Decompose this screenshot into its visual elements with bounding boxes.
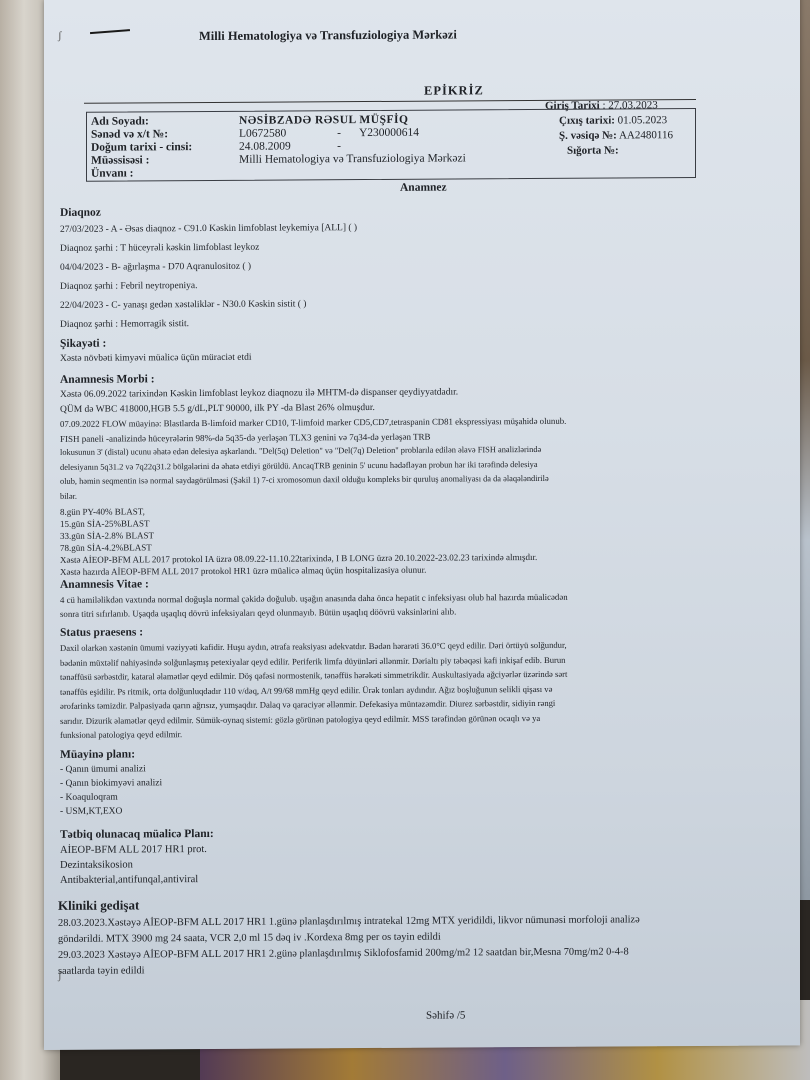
id-value: AA2480116: [619, 129, 673, 141]
exam-plan-item: - Qanın ümumi analizi: [60, 762, 162, 777]
discharge-value: 01.05.2023: [618, 114, 668, 126]
diagnosis-line: Diaqnoz şərhi : Hemorragik sistit.: [60, 314, 357, 335]
anamnez-heading: Anamnez: [400, 182, 447, 194]
treatment-plan-item: Antibakterial,antifunqal,antiviral: [60, 872, 214, 888]
patient-info-box: Adı Soyadı:NƏSİBZADƏ RƏSUL MÜŞFİQ Sənəd …: [86, 108, 696, 182]
pen-mark: [90, 29, 130, 34]
diagnosis-line: 27/03/2023 - A - Əsas diaqnoz - C91.0 Kə…: [60, 219, 357, 240]
case-number: Y230000614: [359, 126, 419, 140]
treatment-plan-item: AİEOP-BFM ALL 2017 HR1 prot.: [60, 842, 214, 858]
document-title: EPİKRİZ: [424, 83, 484, 98]
clinical-course-heading: Kliniki gedişat: [58, 894, 640, 913]
page-number: Səhifə /5: [426, 1009, 465, 1021]
treatment-plan-item: Dezintaksikosion: [60, 857, 214, 873]
status-praesens-section: Status praesens : Daxil olarkən xəstənin…: [60, 623, 567, 743]
diagnosis-line: Diaqnoz şərhi : Febril neytropeniya.: [60, 276, 357, 297]
discharge-label: Çıxış tarixi:: [559, 115, 615, 127]
punch-hole-mark: ʃ: [58, 30, 62, 42]
address-row: Ünvanı :: [91, 166, 239, 181]
diagnosis-line: 22/04/2023 - C- yanaşı gedən xəstəliklər…: [60, 295, 357, 316]
institution-row: Müəssisəsi :Milli Hematologiya və Transf…: [91, 151, 466, 167]
institution-value: Milli Hematologiya və Transfuziologiya M…: [239, 151, 466, 166]
vitae-line: sonra titri sıfırlanıb. Uşaqda uşaqlıq d…: [60, 604, 568, 621]
clinical-course-section: Kliniki gedişat 28.03.2023.Xəstəyə AİEOP…: [58, 894, 640, 980]
diagnosis-line: Diaqnoz şərhi : T hüceyrəli kəskin limfo…: [60, 238, 357, 259]
complaints-text: Xəstə növbəti kimyəvi müalicə üçün mürac…: [60, 351, 252, 366]
status-line: sarıdır. Dizurik əlamətlər qeyd edilmir.…: [60, 710, 567, 728]
complaints-heading: Şikayəti :: [60, 336, 252, 352]
discharge-date: Çıxış tarixi: 01.05.2023: [559, 114, 667, 127]
id-number: Ş. vəsiqə №: AA2480116: [559, 129, 673, 142]
insurance-number: Sığorta №:: [567, 144, 619, 156]
diagnosis-line: 04/04/2023 - B- ağırlaşma - D70 Aqranulo…: [60, 257, 357, 278]
exam-plan-heading: Müayinə planı:: [60, 747, 162, 763]
exam-plan-item: - Koaquloqram: [60, 790, 162, 805]
document-page: ʃ ʃ Milli Hematologiya və Transfuziologi…: [44, 0, 800, 1050]
admission-date: Giriş Tarixi : 27.03.2023: [545, 99, 658, 112]
exam-plan-item: - Qanın biokimyəvi analizi: [60, 776, 162, 791]
id-label: Ş. vəsiqə №:: [559, 130, 617, 142]
complaints-section: Şikayəti : Xəstə növbəti kimyəvi müalicə…: [60, 336, 252, 366]
exam-plan-section: Müayinə planı: - Qanın ümumi analizi - Q…: [60, 747, 162, 819]
morbi-line: 07.09.2022 FLOW müayinə: Blastlarda B-li…: [60, 414, 566, 432]
status-line: funksional patologiya qeyd edilmir.: [60, 725, 567, 743]
treatment-plan-section: Tətbiq olunacaq müalicə Planı: AİEOP-BFM…: [60, 827, 214, 888]
address-label: Ünvanı :: [91, 166, 239, 181]
anamnesis-morbi-section: Anamnesis Morbi : Xəstə 06.09.2022 tarix…: [60, 370, 566, 578]
insurance-label: Sığorta №:: [567, 144, 619, 156]
morbi-line: olub, həmin seqmentin isə normal saydagö…: [60, 472, 566, 490]
institution-header: Milli Hematologiya və Transfuziologiya M…: [199, 27, 457, 44]
admission-value: : 27.03.2023: [602, 99, 657, 111]
anamnesis-vitae-section: Anamnesis Vitae : 4 cü hamiləlikdən vaxt…: [60, 575, 568, 621]
admission-label: Giriş Tarixi: [545, 100, 600, 112]
diagnosis-section: Diaqnoz 27/03/2023 - A - Əsas diaqnoz - …: [60, 204, 357, 335]
treatment-plan-heading: Tətbiq olunacaq müalicə Planı:: [60, 827, 214, 843]
exam-plan-item: - USM,KT,EXO: [60, 804, 162, 819]
